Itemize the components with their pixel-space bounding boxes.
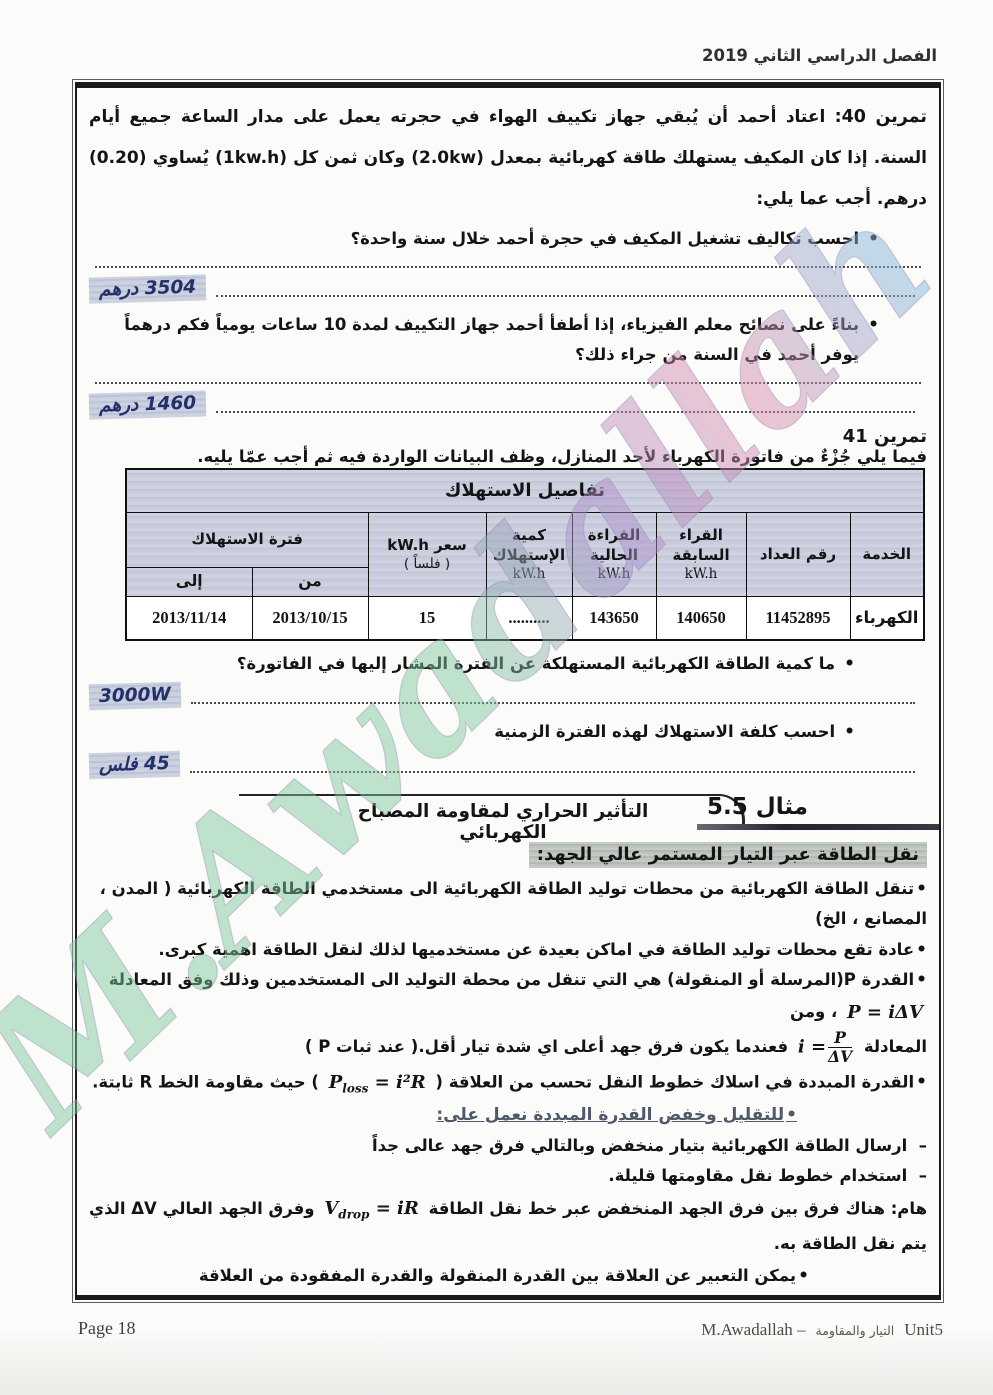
table-caption-row: تفاصيل الاستهلاك xyxy=(126,469,924,513)
bullet-icon: • xyxy=(916,1072,927,1092)
cell-quantity: .......... xyxy=(486,596,572,640)
exercise40-question1: • احسب تكاليف تشغيل المكيف في حجرة أحمد … xyxy=(89,224,879,255)
dotted-answer-line xyxy=(190,761,915,773)
col-price: سعر kW.h( فلساً ) xyxy=(368,512,486,596)
col-meter: رقم العداد xyxy=(746,512,850,596)
bullet-icon: • xyxy=(798,1266,809,1286)
cell-from-date: 2013/10/15 xyxy=(252,596,368,640)
col-previous-reading: القراء السابقةkW.h xyxy=(656,512,746,596)
dotted-answer-line xyxy=(216,401,915,413)
dotted-answer-line xyxy=(216,285,915,297)
exercise41-answer2-row: 45 فلس xyxy=(89,752,919,778)
answer-stamp: 3000W xyxy=(89,682,182,711)
section-bullet-3-line2: المعادلة i =PΔV فعندما يكون فرق جهد أعلى… xyxy=(89,1029,927,1066)
col-period-to: إلى xyxy=(126,567,252,596)
footer-unit-arabic: التيار والمقاومة xyxy=(816,1323,895,1338)
section-header-rule xyxy=(239,794,691,797)
highlighted-subtitle: نقل الطاقة عبر التيار المستمر عالي الجهد… xyxy=(529,842,927,868)
dash-item-2: – استخدام خطوط نقل مقاومتها قليلة. xyxy=(89,1161,927,1191)
final-formula-row: Ploss = i²R أو من العلاقة Ploss =P²ΔV²R xyxy=(89,1292,927,1300)
bullet-icon: • xyxy=(868,224,879,255)
answer-stamp: 3504 درهم xyxy=(89,275,207,304)
section-header-thick-rule xyxy=(697,824,941,830)
question-text: احسب كلفة الاستهلاك لهذه الفترة الزمنية xyxy=(494,717,835,747)
bullet-icon: • xyxy=(868,310,879,341)
answer-stamp: 1460 درهم xyxy=(89,390,207,419)
table-data-row: الكهرباء 11452895 140650 143650 ........… xyxy=(126,596,924,640)
table-caption: تفاصيل الاستهلاك xyxy=(126,469,924,513)
exercise41-label: تمرين 41 xyxy=(89,426,927,447)
section-bullet-5-underlined: •للتقليل وخفض القدرة المبددة نعمل على: xyxy=(89,1100,927,1131)
dash-icon: – xyxy=(919,1136,927,1155)
footer-credits: M.Awadallah – التيار والمقاومة Unit5 xyxy=(701,1320,943,1340)
formula-i-equals-p-over-dv: i =PΔV xyxy=(794,1029,858,1066)
cell-meter: 11452895 xyxy=(746,596,850,640)
dash-item-1: – ارسال الطاقة الكهربائية بتيار منخفض وب… xyxy=(89,1131,927,1161)
exercise40-answer2-row: 1460 درهم xyxy=(89,392,919,418)
cell-price: 15 xyxy=(368,596,486,640)
cell-to-date: 2013/11/14 xyxy=(126,596,252,640)
question-text: احسب تكاليف تشغيل المكيف في حجرة أحمد خل… xyxy=(351,224,860,254)
electricity-bill-table: تفاصيل الاستهلاك الخدمة رقم العداد القرا… xyxy=(125,468,925,641)
bullet-icon: • xyxy=(916,970,927,990)
content-frame: تمرين 40: اعتاد أحمد أن يُبقي جهاز تكييف… xyxy=(75,82,941,1300)
exercise41-question1: • ما كمية الطاقة الكهربائية المستهلكة عن… xyxy=(89,649,855,680)
exercise40-question2: • بناءً على نصائح معلم الفيزياء، إذا أطف… xyxy=(89,310,879,369)
section-subtitle-row: نقل الطاقة عبر التيار المستمر عالي الجهد… xyxy=(89,842,927,868)
col-consumption-qty: كمية الإستهلاكkW.h xyxy=(486,512,572,596)
page-number: Page 18 xyxy=(78,1318,136,1339)
formula-ploss-p2-over-dv2-r: Ploss =P²ΔV²R xyxy=(749,1296,879,1300)
dotted-answer-line xyxy=(95,256,921,268)
exercise41-question2: • احسب كلفة الاستهلاك لهذه الفترة الزمني… xyxy=(89,717,855,748)
dotted-answer-line xyxy=(191,692,915,704)
footer-unit-english: Unit5 xyxy=(904,1320,943,1340)
section-5-5-header: التأثير الحراري لمقاومة المصباح الكهربائ… xyxy=(89,786,927,838)
exercise40-label: تمرين 40: xyxy=(835,107,927,127)
dotted-answer-line xyxy=(95,372,921,384)
section-bullet-1: •تنقل الطاقة الكهربائية من محطات توليد ا… xyxy=(89,874,927,935)
bullet-icon: • xyxy=(844,649,855,680)
col-period: فترة الاستهلاك xyxy=(126,512,368,567)
section-title: التأثير الحراري لمقاومة المصباح الكهربائ… xyxy=(317,801,689,843)
important-label: هام: xyxy=(891,1199,927,1218)
question-text: بناءً على نصائح معلم الفيزياء، إذا أطفأ … xyxy=(89,310,859,369)
col-current-reading: القراءة الحاليةkW.h xyxy=(572,512,656,596)
section-bullet-3-line1: •القدرة P(المرسلة أو المنقولة) هي التي ت… xyxy=(89,965,927,1029)
bullet-icon: • xyxy=(916,940,927,960)
document-page: الفصل الدراسي الثاني 2019 تمرين 40: اعتا… xyxy=(0,0,993,1395)
formula-p-equals-i-delta-v: P = iΔV xyxy=(843,996,927,1029)
exercise40-intro: تمرين 40: اعتاد أحمد أن يُبقي جهاز تكييف… xyxy=(89,96,927,220)
col-period-from: من xyxy=(252,567,368,596)
exercise41-answer1-row: 3000W xyxy=(89,683,919,709)
dash-icon: – xyxy=(919,1166,927,1185)
question-text: ما كمية الطاقة الكهربائية المستهلكة عن ا… xyxy=(237,649,835,679)
cell-previous: 140650 xyxy=(656,596,746,640)
formula-ploss-i2r: Ploss = i²R xyxy=(325,1066,430,1100)
cell-current: 143650 xyxy=(572,596,656,640)
section-bullet-6: •يمكن التعبير عن العلاقة بين القدرة المن… xyxy=(89,1261,927,1292)
section-bullet-4: •القدرة المبددة في اسلاك خطوط النقل تحسب… xyxy=(89,1066,927,1100)
footer-author: M.Awadallah – xyxy=(701,1320,805,1340)
exercise40-answer1-row: 3504 درهم xyxy=(89,276,919,302)
page-header-semester: الفصل الدراسي الثاني 2019 xyxy=(702,46,937,65)
formula-vdrop-ir: Vdrop = iR xyxy=(320,1191,423,1228)
bullet-icon: • xyxy=(916,879,927,899)
bullet-icon: • xyxy=(786,1105,797,1125)
answer-stamp: 45 فلس xyxy=(89,750,180,779)
important-note: هام: هناك فرق بين فرق الجهد المنخفض عبر … xyxy=(89,1191,927,1262)
exercise40-body: اعتاد أحمد أن يُبقي جهاز تكييف الهواء في… xyxy=(89,107,927,209)
table-header-row: الخدمة رقم العداد القراء السابقةkW.h الق… xyxy=(126,512,924,567)
exercise41-intro: فيما يلي جُزْءٌ من فاتورة الكهرباء لأحد … xyxy=(89,447,927,466)
col-service: الخدمة xyxy=(850,512,924,596)
section-number: مثال 5.5 xyxy=(707,794,937,820)
section-bullet-2: •عادة تقع محطات توليد الطاقة في اماكن بع… xyxy=(89,935,927,966)
bullet-icon: • xyxy=(844,717,855,748)
cell-service: الكهرباء xyxy=(850,596,924,640)
